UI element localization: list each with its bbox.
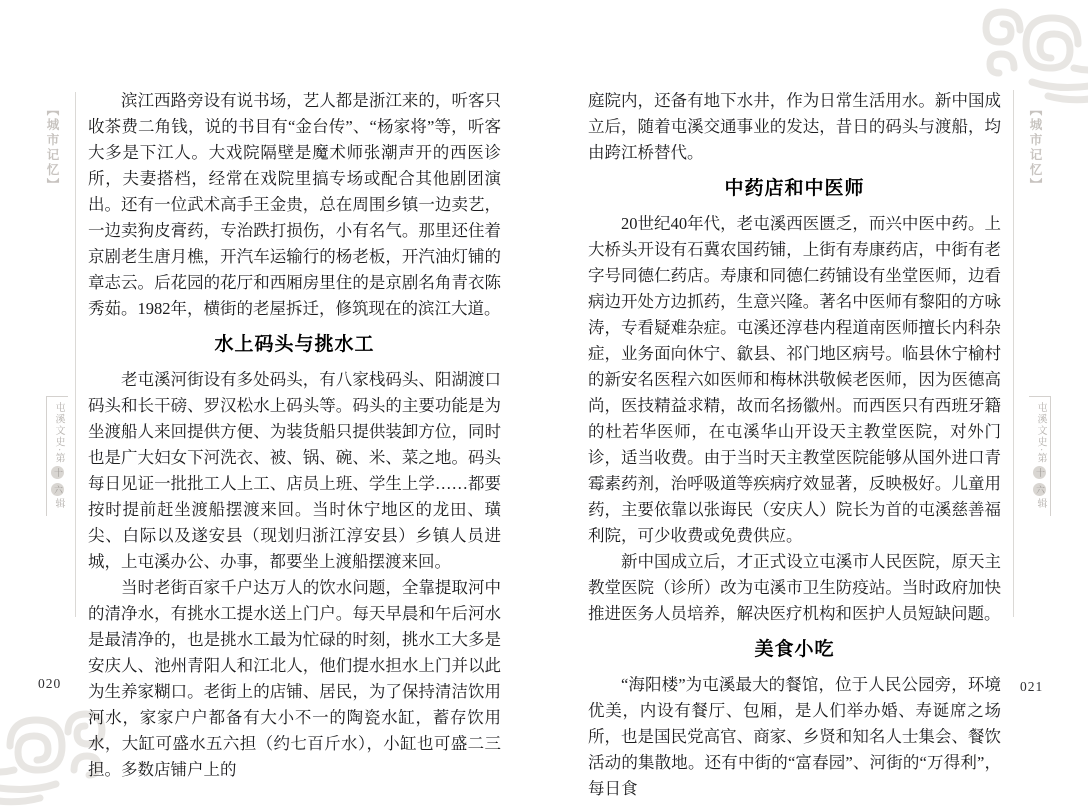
right-page-text-column: 庭院内，还备有地下水井，作为日常生活用水。新中国成立后，随着屯溪交通事业的发达，… <box>588 88 1001 802</box>
circled-volume-char: 六 <box>51 483 64 496</box>
margin-collection-label-right: 【城市记忆】 <box>1026 103 1044 193</box>
circled-volume-char: 六 <box>1033 483 1046 496</box>
circled-volume-char: 十 <box>1033 466 1046 479</box>
book-spread: 【城市记忆】 【城市记忆】 屯溪文史·第十六辑 屯溪文史·第十六辑 滨江西路旁设… <box>0 0 1088 812</box>
section-heading: 中药店和中医师 <box>588 176 1001 202</box>
series-title-text: 屯溪文史·第 <box>53 402 64 464</box>
margin-collection-label-left: 【城市记忆】 <box>43 103 61 193</box>
margin-series-label-left: 屯溪文史·第十六辑 <box>46 396 68 516</box>
series-suffix-text: 辑 <box>53 498 64 510</box>
section-heading: 美食小吃 <box>588 637 1001 663</box>
left-page-text-column: 滨江西路旁设有说书场，艺人都是浙江来的，听客只收茶费二角钱，说的书目有“金台传”… <box>88 88 501 783</box>
margin-rule-left <box>75 92 76 617</box>
page-number-left: 020 <box>38 676 61 692</box>
paragraph: 滨江西路旁设有说书场，艺人都是浙江来的，听客只收茶费二角钱，说的书目有“金台传”… <box>88 88 501 322</box>
margin-rule-right <box>1013 90 1014 617</box>
margin-series-label-right: 屯溪文史·第十六辑 <box>1029 396 1051 516</box>
series-title-text: 屯溪文史·第 <box>1035 402 1046 464</box>
paragraph: 当时老街百家千户达万人的饮水问题，全靠提取河中的清净水，有挑水工提水送上门户。每… <box>88 575 501 783</box>
paragraph: 20世纪40年代，老屯溪西医匮乏，而兴中医中药。上大桥头开设有石冀农国药铺，上街… <box>588 211 1001 549</box>
circled-volume-char: 十 <box>51 466 64 479</box>
section-heading: 水上码头与挑水工 <box>88 332 501 358</box>
page-number-right: 021 <box>1020 679 1043 695</box>
paragraph: 老屯溪河街设有多处码头，有八家栈码头、阳湖渡口码头和长干磅、罗汉松水上码头等。码… <box>88 367 501 575</box>
paragraph: 新中国成立后，才正式设立屯溪市人民医院，原天主教堂医院（诊所）改为屯溪市卫生防疫… <box>588 549 1001 627</box>
paragraph: “海阳楼”为屯溪最大的餐馆，位于人民公园旁，环境优美，内设有餐厅、包厢，是人们举… <box>588 672 1001 802</box>
series-suffix-text: 辑 <box>1035 498 1046 510</box>
paragraph-continued: 庭院内，还备有地下水井，作为日常生活用水。新中国成立后，随着屯溪交通事业的发达，… <box>588 88 1001 166</box>
